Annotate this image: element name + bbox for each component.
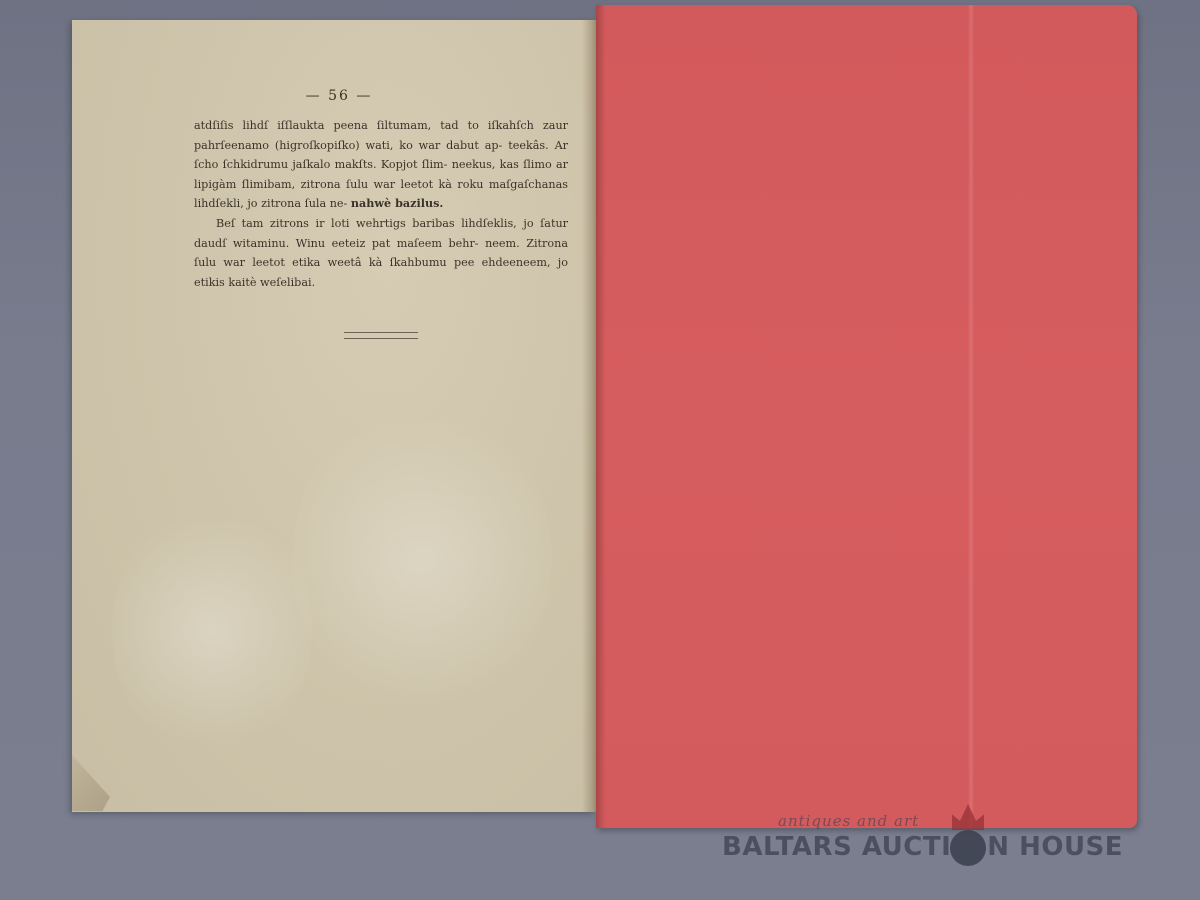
text-line: atdſiſis lihdſ iſſlaukta peena ſiltumam,…: [194, 119, 534, 132]
logo-circle-icon: [950, 830, 986, 866]
double-rule-divider: [344, 332, 418, 339]
red-cover: [596, 5, 1137, 828]
brand-text-part1: BALTARS AUCTI: [722, 832, 951, 862]
left-page: — 56 — atdſiſis lihdſ iſſlaukta peena ſi…: [72, 20, 596, 812]
cover-crease: [968, 5, 974, 828]
spine-shadow: [596, 5, 606, 828]
body-text: atdſiſis lihdſ iſſlaukta peena ſiltumam,…: [194, 116, 568, 292]
brand-text-part2: N HOUSE: [987, 832, 1123, 862]
paper-stain: [112, 500, 312, 760]
paragraph-2: Beſ tam zitrons ir loti wehrtigs baribas…: [194, 214, 568, 292]
paragraph-1: atdſiſis lihdſ iſſlaukta peena ſiltumam,…: [194, 116, 568, 214]
page-number: — 56 —: [72, 88, 596, 104]
paper-stain: [292, 400, 552, 720]
page-gutter-shadow: [582, 20, 596, 812]
watermark-tagline: antiques and art: [778, 812, 919, 830]
bold-text: nahwè bazilus.: [351, 196, 443, 210]
text-line: Beſ tam zitrons ir loti wehrtigs baribas…: [216, 217, 517, 230]
watermark-brand: BALTARS AUCTIN HOUSE: [722, 832, 1123, 862]
watermark: antiques and art BALTARS AUCTIN HOUSE: [722, 812, 1122, 872]
